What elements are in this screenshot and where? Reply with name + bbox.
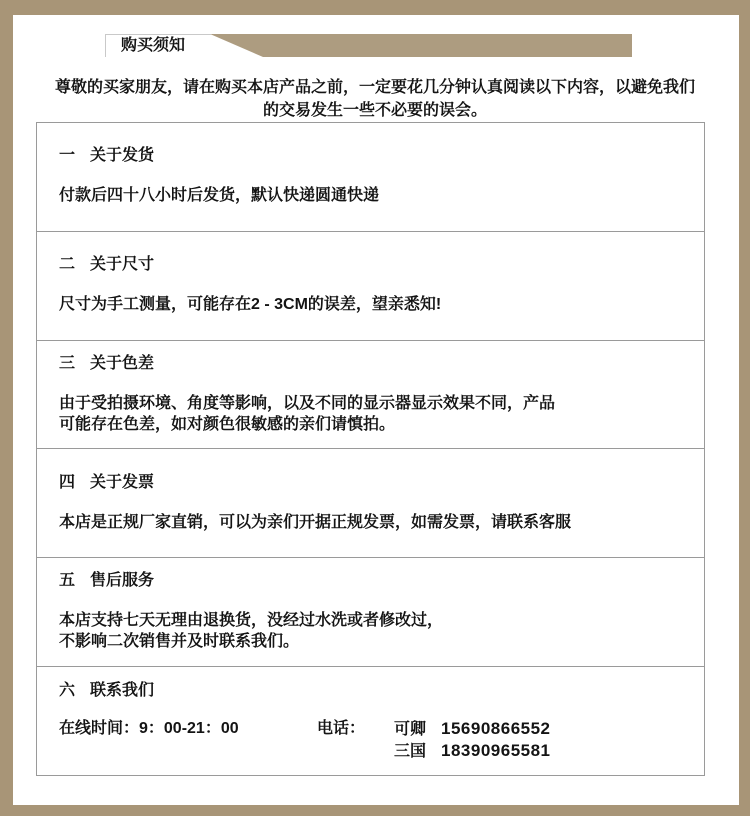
section-heading: 五 售后服务 [59,572,680,590]
notice-box: 一 关于发货 付款后四十八小时后发货，默认快递圆通快递 二 关于尺寸 尺寸为手工… [36,122,705,776]
section-heading: 六 联系我们 [59,682,680,700]
section-body-line: 本店是正规厂家直销，可以为亲们开据正规发票，如需发票，请联系客服 [59,512,680,533]
section-heading: 三 关于色差 [59,355,680,373]
section-contact: 六 联系我们 在线时间：9：00-21：00 电话： 可卿 1569086655… [37,667,704,775]
section-shipping: 一 关于发货 付款后四十八小时后发货，默认快递圆通快递 [37,123,704,232]
section-number: 二 [59,256,75,274]
contact-entry: 三国 18390965581 [394,740,551,762]
section-invoice: 四 关于发票 本店是正规厂家直销，可以为亲们开据正规发票，如需发票，请联系客服 [37,449,704,558]
section-body: 由于受拍摄环境、角度等影响，以及不同的显示器显示效果不同，产品 可能存在色差，如… [59,393,680,435]
contact-row: 在线时间：9：00-21：00 电话： 可卿 15690866552 三国 18… [59,718,680,760]
contact-list: 可卿 15690866552 三国 18390965581 [394,718,551,762]
section-body-line: 付款后四十八小时后发货，默认快递圆通快递 [59,185,680,206]
phone-label: 电话： [317,718,365,739]
section-heading: 四 关于发票 [59,474,680,492]
section-title: 关于色差 [90,355,154,373]
intro-text: 尊敬的买家朋友，请在购买本店产品之前，一定要花几分钟认真阅读以下内容，以避免我们… [0,76,750,122]
contact-name: 三国 [394,741,426,762]
section-body: 本店是正规厂家直销，可以为亲们开据正规发票，如需发票，请联系客服 [59,512,680,533]
banner-title: 购买须知 [121,34,185,57]
section-after-sales: 五 售后服务 本店支持七天无理由退换货，没经过水洗或者修改过， 不影响二次销售并… [37,558,704,667]
section-number: 五 [59,572,75,590]
section-heading: 二 关于尺寸 [59,256,680,274]
contact-phone-number: 18390965581 [441,740,551,761]
section-heading: 一 关于发货 [59,147,680,165]
contact-phone-number: 15690866552 [441,718,551,739]
section-body: 本店支持七天无理由退换货，没经过水洗或者修改过， 不影响二次销售并及时联系我们。 [59,610,680,652]
section-body-line: 本店支持七天无理由退换货，没经过水洗或者修改过， [59,610,680,631]
banner-label-border-left [105,34,106,57]
intro-line-2: 的交易发生一些不必要的误会。 [0,99,750,122]
section-body-line: 可能存在色差，如对颜色很敏感的亲们请慎拍。 [59,414,680,435]
section-banner: 购买须知 [105,34,632,57]
section-body-line: 尺寸为手工测量，可能存在2 - 3CM的误差，望亲悉知! [59,294,680,315]
contact-name: 可卿 [394,719,426,740]
intro-line-1: 尊敬的买家朋友，请在购买本店产品之前，一定要花几分钟认真阅读以下内容，以避免我们 [0,76,750,99]
section-number: 六 [59,682,75,700]
section-body-line: 由于受拍摄环境、角度等影响，以及不同的显示器显示效果不同，产品 [59,393,680,414]
section-color-difference: 三 关于色差 由于受拍摄环境、角度等影响，以及不同的显示器显示效果不同，产品 可… [37,341,704,450]
section-body: 付款后四十八小时后发货，默认快递圆通快递 [59,185,680,206]
online-time: 在线时间：9：00-21：00 [59,718,239,739]
section-title: 关于尺寸 [90,256,154,274]
section-title: 联系我们 [90,682,154,700]
section-body: 尺寸为手工测量，可能存在2 - 3CM的误差，望亲悉知! [59,294,680,315]
section-number: 四 [59,474,75,492]
section-body-line: 不影响二次销售并及时联系我们。 [59,631,680,652]
section-title: 关于发货 [90,147,154,165]
section-title: 关于发票 [90,474,154,492]
section-title: 售后服务 [90,572,154,590]
contact-entry: 可卿 15690866552 [394,718,551,740]
section-number: 一 [59,147,75,165]
section-number: 三 [59,355,75,373]
section-size: 二 关于尺寸 尺寸为手工测量，可能存在2 - 3CM的误差，望亲悉知! [37,232,704,341]
